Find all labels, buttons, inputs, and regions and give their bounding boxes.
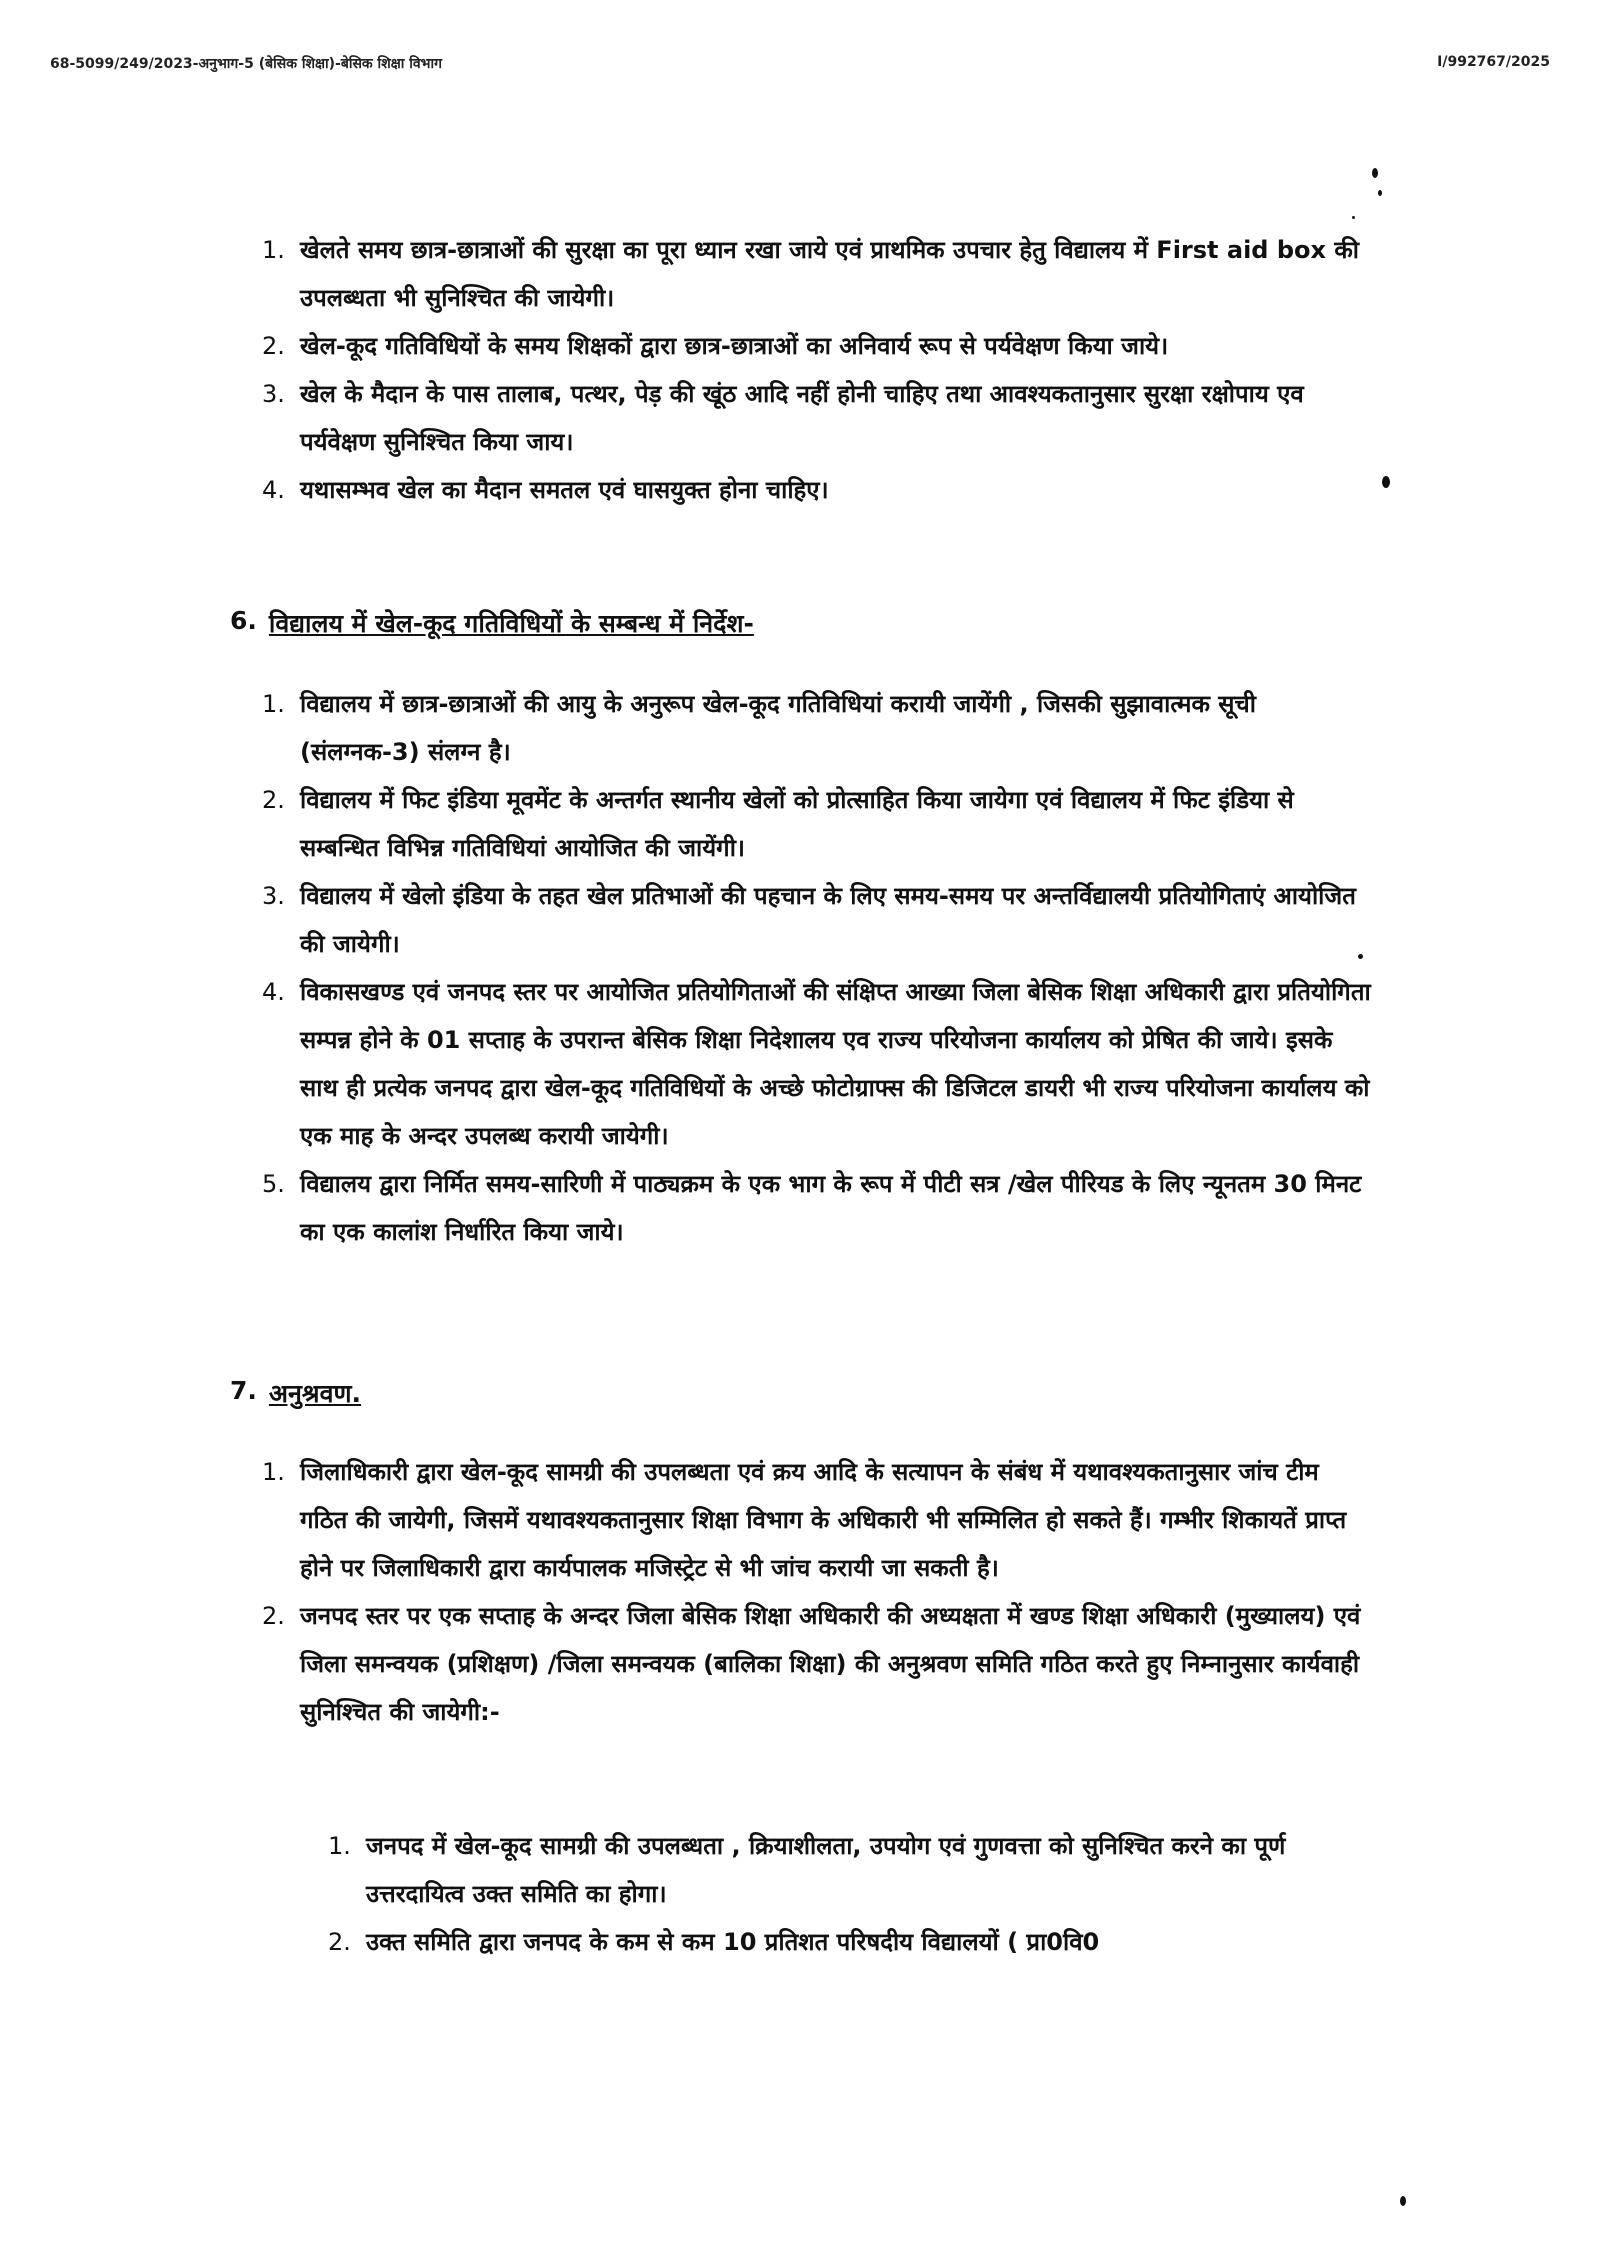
section-6-heading: 6. विद्यालय में खेल-कूद गतिविधियों के सम… [230,606,754,640]
list-item: 1.विद्यालय में छात्र-छात्राओं की आयु के … [262,680,1372,776]
section-7-sublist: 1.जनपद में खेल-कूद सामग्री की उपलब्धता ,… [328,1822,1368,1966]
list-item: 3.खेल के मैदान के पास तालाब, पत्थर, पेड़… [262,370,1372,466]
section-6-list: 1.विद्यालय में छात्र-छात्राओं की आयु के … [262,680,1372,1256]
list-item: 2.जनपद स्तर पर एक सप्ताह के अन्दर जिला ब… [262,1592,1372,1736]
scan-speck [1352,216,1355,219]
list-item: 5.विद्यालय द्वारा निर्मित समय-सारिणी में… [262,1160,1372,1256]
scan-speck [1382,476,1390,488]
scan-speck [1378,190,1382,196]
list-item: 1.जिलाधिकारी द्वारा खेल-कूद सामग्री की उ… [262,1448,1372,1592]
list-item: 1.खेलते समय छात्र-छात्राओं की सुरक्षा का… [262,226,1372,322]
list-item: 2.उक्त समिति द्वारा जनपद के कम से कम 10 … [328,1918,1368,1966]
section-7-list: 1.जिलाधिकारी द्वारा खेल-कूद सामग्री की उ… [262,1448,1372,1736]
scan-speck [1400,2196,1406,2206]
scan-speck [1372,168,1378,178]
safety-list: 1.खेलते समय छात्र-छात्राओं की सुरक्षा का… [262,226,1372,514]
list-item: 4.यथासम्भव खेल का मैदान समतल एवं घासयुक्… [262,466,1372,514]
list-item: 2.विद्यालय में फिट इंडिया मूवमेंट के अन्… [262,776,1372,872]
list-item: 4.विकासखण्ड एवं जनपद स्तर पर आयोजित प्रत… [262,968,1372,1160]
document-header: 68-5099/249/2023-अनुभाग-5 (बेसिक शिक्षा)… [50,54,1550,73]
file-reference: 68-5099/249/2023-अनुभाग-5 (बेसिक शिक्षा)… [50,54,442,73]
receipt-number: I/992767/2025 [1437,54,1550,73]
scan-speck [1358,954,1363,959]
section-7-heading: 7. अनुश्रवण. [230,1376,361,1410]
list-item: 2.खेल-कूद गतिविधियों के समय शिक्षकों द्व… [262,322,1372,370]
list-item: 1.जनपद में खेल-कूद सामग्री की उपलब्धता ,… [328,1822,1368,1918]
list-item: 3.विद्यालय में खेलो इंडिया के तहत खेल प्… [262,872,1372,968]
